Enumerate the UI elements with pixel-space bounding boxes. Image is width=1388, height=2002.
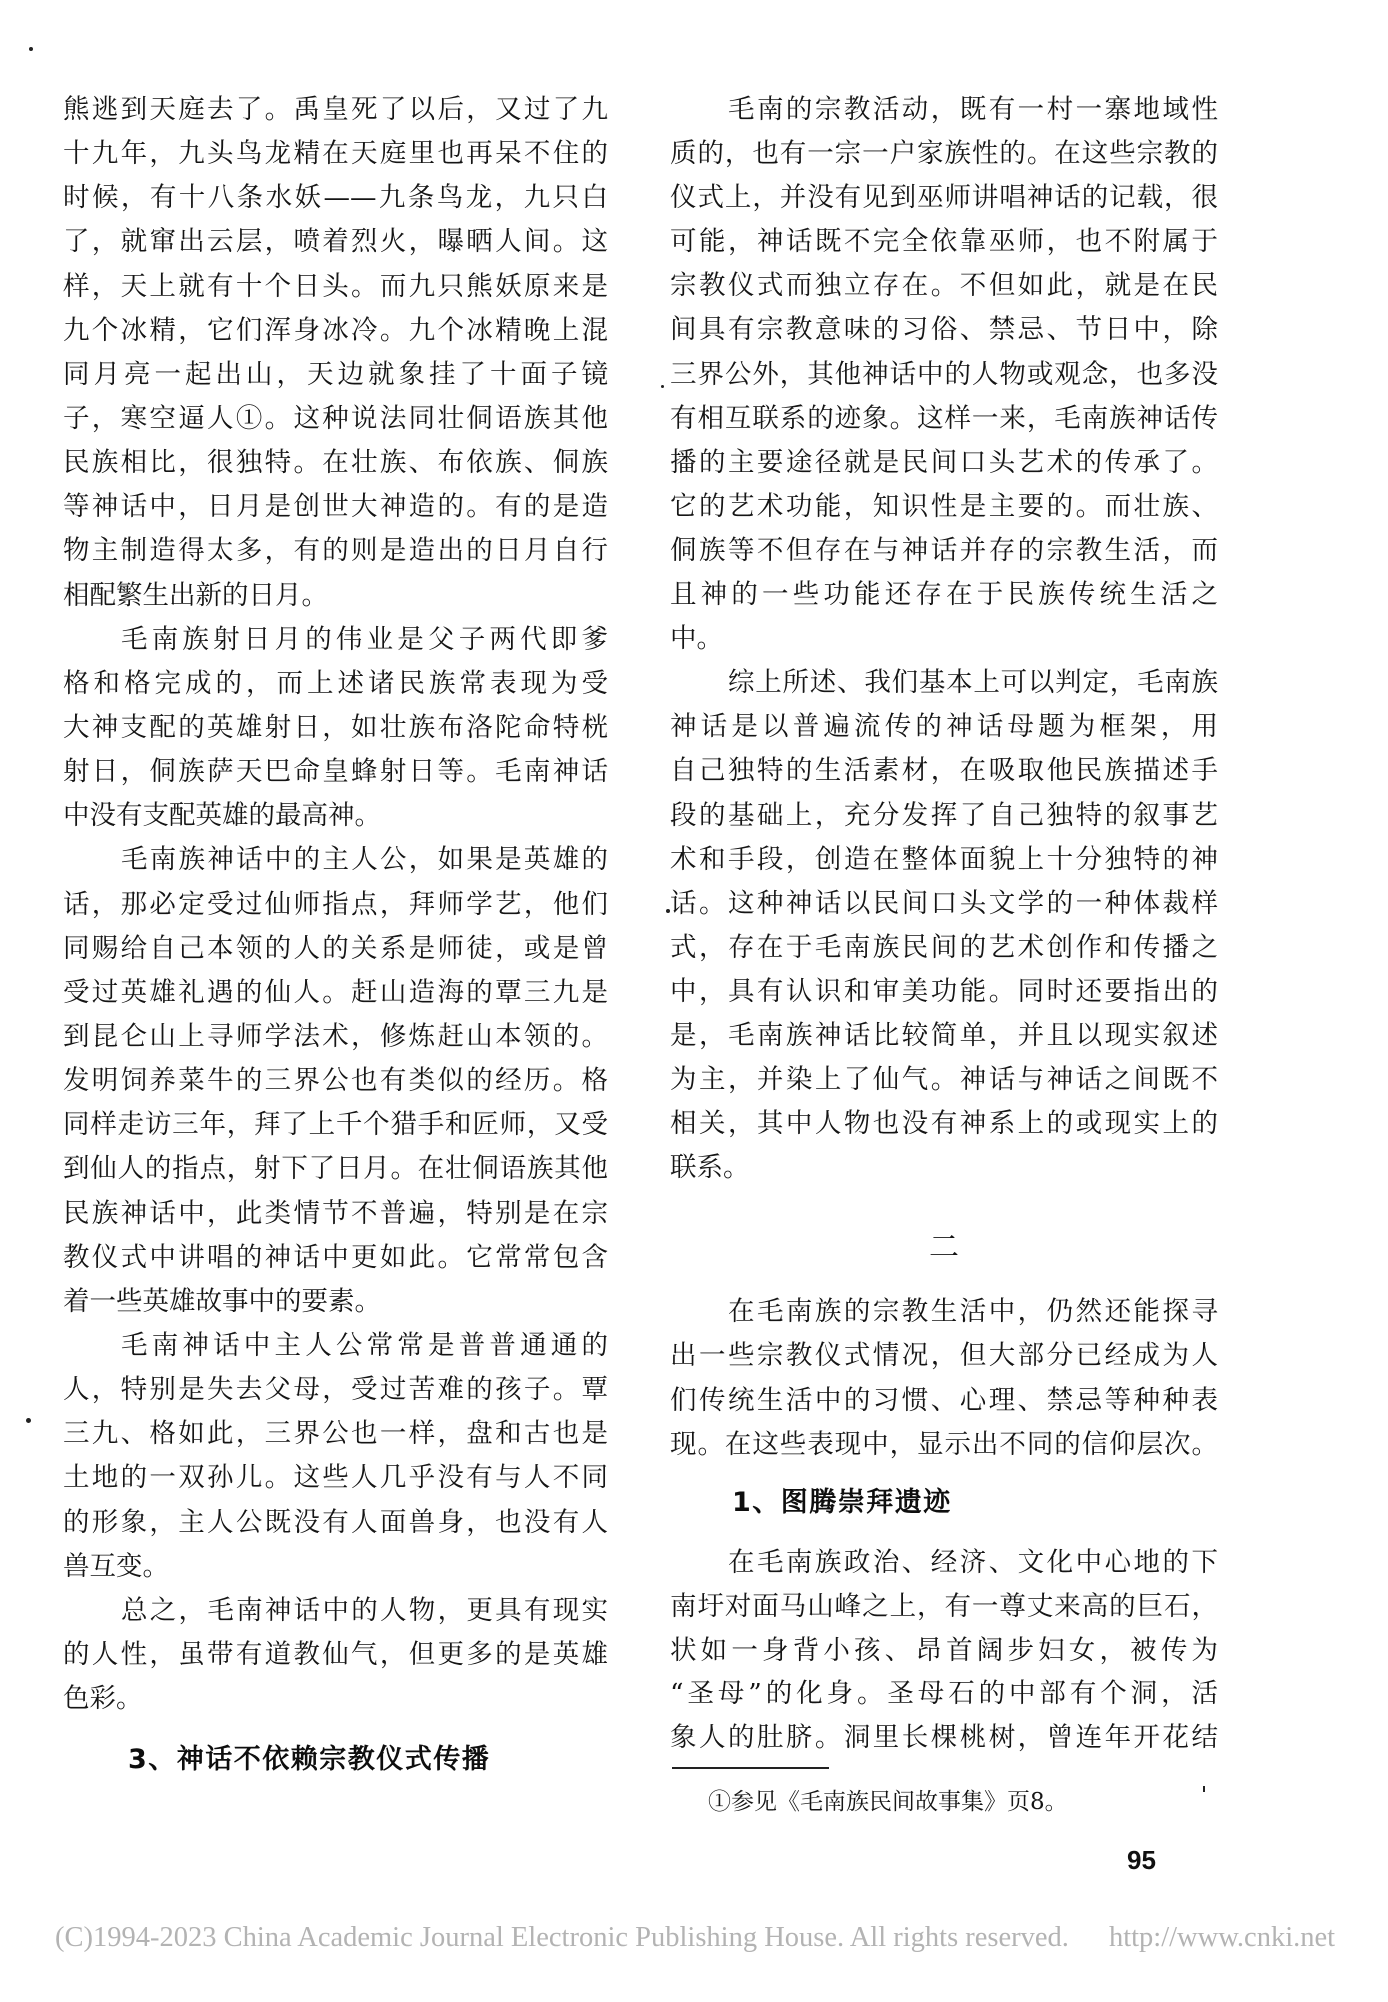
paragraph: 在毛南族的宗教生活中，仍然还能探寻 出一些宗教仪式情况，但大部分已经成为人 们传… — [670, 1290, 1218, 1467]
left-column: 熊逃到天庭去了。禹皇死了以后，又过了九 十九年，九头鸟龙精在天庭里也再呆不住的 … — [63, 88, 608, 1721]
section-number: 二 — [670, 1226, 1218, 1270]
text-line: 宗教仪式而独立存在。不但如此，就是在民 — [670, 264, 1218, 308]
section-heading: 3、神话不依赖宗教仪式传播 — [128, 1738, 490, 1782]
text-line: 间具有宗教意味的习俗、禁忌、节日中，除 — [670, 308, 1218, 352]
copyright-watermark: (C)1994-2023 China Academic Journal Elec… — [55, 1921, 1335, 1955]
text-line: 民族神话中，此类情节不普遍，特别是在宗 — [63, 1192, 608, 1236]
text-line: 神话是以普遍流传的神话母题为框架，用 — [670, 705, 1218, 749]
text-line: 色彩。 — [63, 1677, 608, 1721]
text-line: 同样走访三年，拜了上千个猎手和匠师，又受 — [63, 1103, 608, 1147]
text-line: 在毛南族的宗教生活中，仍然还能探寻 — [670, 1290, 1218, 1334]
text-line: 土地的一双孙儿。这些人几乎没有与人不同 — [63, 1456, 608, 1500]
text-line: 中没有支配英雄的最高神。 — [63, 794, 608, 838]
cnki-url: http://www.cnki.net — [1109, 1922, 1335, 1953]
text-line: 的形象，主人公既没有人面兽身，也没有人 — [63, 1501, 608, 1545]
scan-speck — [26, 1418, 31, 1423]
text-line: 毛南神话中主人公常常是普普通通的 — [63, 1324, 608, 1368]
text-line: 中，具有认识和审美功能。同时还要指出的 — [670, 970, 1218, 1014]
text-line: 同月亮一起出山，天边就象挂了十面子镜 — [63, 353, 608, 397]
text-line: 了，就窜出云层，喷着烈火，曝晒人间。这 — [63, 220, 608, 264]
text-line: 们传统生活中的习惯、心理、禁忌等种种表 — [670, 1379, 1218, 1423]
text-line: 格和格完成的，而上述诸民族常表现为受 — [63, 662, 608, 706]
paragraph: 在毛南族政治、经济、文化中心地的下 南圩对面马山峰之上，有一尊丈来高的巨石， 状… — [670, 1541, 1218, 1760]
text-line: 熊逃到天庭去了。禹皇死了以后，又过了九 — [63, 88, 608, 132]
right-column-bottom: 在毛南族政治、经济、文化中心地的下 南圩对面马山峰之上，有一尊丈来高的巨石， 状… — [670, 1541, 1218, 1760]
text-line: 术和手段，创造在整体面貌上十分独特的神 — [670, 838, 1218, 882]
text-line: 象人的肚脐。洞里长棵桃树，曾连年开花结 — [670, 1716, 1218, 1760]
text-line: 人，特别是失去父母，受过苦难的孩子。覃 — [63, 1368, 608, 1412]
text-line: 毛南族神话中的主人公，如果是英雄的 — [63, 838, 608, 882]
text-line: 九个冰精，它们浑身冰冷。九个冰精晚上混 — [63, 309, 608, 353]
text-line: 综上所述、我们基本上可以判定，毛南族 — [670, 661, 1218, 705]
text-line: 联系。 — [670, 1146, 1218, 1190]
text-line: 到昆仑山上寻师学法术，修炼赶山本领的。 — [63, 1015, 608, 1059]
text-line: 有相互联系的迹象。这样一来，毛南族神话传 — [670, 397, 1218, 441]
text-line: 相关，其中人物也没有神系上的或现实上的 — [670, 1102, 1218, 1146]
paragraph: 毛南神话中主人公常常是普普通通的 人，特别是失去父母，受过苦难的孩子。覃 三九、… — [63, 1324, 608, 1589]
scan-speck — [29, 47, 33, 51]
text-line: 现。在这些表现中，显示出不同的信仰层次。 — [670, 1423, 1218, 1467]
text-line: 三九、格如此，三界公也一样，盘和古也是 — [63, 1412, 608, 1456]
text-line: “圣母”的化身。圣母石的中部有个洞，活 — [670, 1672, 1218, 1716]
text-line: 出一些宗教仪式情况，但大部分已经成为人 — [670, 1334, 1218, 1378]
paragraph: 熊逃到天庭去了。禹皇死了以后，又过了九 十九年，九头鸟龙精在天庭里也再呆不住的 … — [63, 88, 608, 618]
scan-speck — [661, 385, 664, 388]
right-column-top: 毛南的宗教活动，既有一村一寨地域性 质的，也有一宗一户家族性的。在这些宗教的 仪… — [670, 88, 1218, 1190]
copyright-notice: (C)1994-2023 China Academic Journal Elec… — [55, 1922, 1069, 1953]
text-line: 式，存在于毛南族民间的艺术创作和传播之 — [670, 926, 1218, 970]
text-line: 为主，并染上了仙气。神话与神话之间既不 — [670, 1058, 1218, 1102]
text-line: 话。这种神话以民间口头文学的一种体裁样 — [670, 882, 1218, 926]
text-line: 侗族等不但存在与神话并存的宗教生活，而 — [670, 529, 1218, 573]
footnote-divider — [672, 1767, 829, 1769]
text-line: 中。 — [670, 617, 1218, 661]
footnote: ①参见《毛南族民间故事集》页8。 — [708, 1787, 1068, 1817]
text-line: 十九年，九头鸟龙精在天庭里也再呆不住的 — [63, 132, 608, 176]
paragraph: 总之，毛南神话中的人物，更具有现实 的人性，虽带有道教仙气，但更多的是英雄 色彩… — [63, 1589, 608, 1721]
text-line: 兽互变。 — [63, 1545, 608, 1589]
text-line: 子，寒空逼人①。这种说法同壮侗语族其他 — [63, 397, 608, 441]
text-line: 且神的一些功能还存在于民族传统生活之 — [670, 573, 1218, 617]
text-line: 受过英雄礼遇的仙人。赶山造海的覃三九是 — [63, 971, 608, 1015]
text-line: 样，天上就有十个日头。而九只熊妖原来是 — [63, 265, 608, 309]
text-line: 同赐给自己本领的人的关系是师徒，或是曾 — [63, 927, 608, 971]
text-line: 是，毛南族神话比较简单，并且以现实叙述 — [670, 1014, 1218, 1058]
text-line: 到仙人的指点，射下了日月。在壮侗语族其他 — [63, 1147, 608, 1191]
text-line: 南圩对面马山峰之上，有一尊丈来高的巨石， — [670, 1585, 1218, 1629]
text-line: 教仪式中讲唱的神话中更如此。它常常包含 — [63, 1236, 608, 1280]
text-line: 相配繁生出新的日月。 — [63, 574, 608, 618]
text-line: 在毛南族政治、经济、文化中心地的下 — [670, 1541, 1218, 1585]
text-line: 段的基础上，充分发挥了自己独特的叙事艺 — [670, 794, 1218, 838]
paragraph: 综上所述、我们基本上可以判定，毛南族 神话是以普遍流传的神话母题为框架，用 自己… — [670, 661, 1218, 1190]
text-line: 发明饲养菜牛的三界公也有类似的经历。格 — [63, 1059, 608, 1103]
text-line: 仪式上，并没有见到巫师讲唱神话的记载，很 — [670, 176, 1218, 220]
text-line: 可能，神话既不完全依靠巫师，也不附属于 — [670, 220, 1218, 264]
text-line: 话，那必定受过仙师指点，拜师学艺，他们 — [63, 883, 608, 927]
text-line: 大神支配的英雄射日，如壮族布洛陀命特桄 — [63, 706, 608, 750]
text-line: 物主制造得太多，有的则是造出的日月自行 — [63, 529, 608, 573]
text-line: 总之，毛南神话中的人物，更具有现实 — [63, 1589, 608, 1633]
text-line: 播的主要途径就是民间口头艺术的传承了。 — [670, 441, 1218, 485]
text-line: 时候，有十八条水妖——九条鸟龙，九只白 — [63, 176, 608, 220]
text-line: 的人性，虽带有道教仙气，但更多的是英雄 — [63, 1633, 608, 1677]
text-line: 三界公外，其他神话中的人物或观念，也多没 — [670, 353, 1218, 397]
section-heading: 1、图腾崇拜遗迹 — [732, 1481, 952, 1525]
paragraph: 毛南的宗教活动，既有一村一寨地域性 质的，也有一宗一户家族性的。在这些宗教的 仪… — [670, 88, 1218, 661]
scan-speck — [1203, 1786, 1205, 1792]
right-column-middle: 在毛南族的宗教生活中，仍然还能探寻 出一些宗教仪式情况，但大部分已经成为人 们传… — [670, 1290, 1218, 1467]
text-line: 毛南族射日月的伟业是父子两代即爹 — [63, 618, 608, 662]
text-line: 它的艺术功能，知识性是主要的。而壮族、 — [670, 485, 1218, 529]
text-line: 质的，也有一宗一户家族性的。在这些宗教的 — [670, 132, 1218, 176]
paragraph: 毛南族射日月的伟业是父子两代即爹 格和格完成的，而上述诸民族常表现为受 大神支配… — [63, 618, 608, 839]
text-line: 自己独特的生活素材，在吸取他民族描述手 — [670, 749, 1218, 793]
page-number: 95 — [1127, 1845, 1156, 1875]
text-line: 状如一身背小孩、昂首阔步妇女，被传为 — [670, 1629, 1218, 1673]
text-line: 民族相比，很独特。在壮族、布依族、侗族 — [63, 441, 608, 485]
text-line: 射日，侗族萨天巴命皇蜂射日等。毛南神话 — [63, 750, 608, 794]
paragraph: 毛南族神话中的主人公，如果是英雄的 话，那必定受过仙师指点，拜师学艺，他们 同赐… — [63, 838, 608, 1324]
text-line: 毛南的宗教活动，既有一村一寨地域性 — [670, 88, 1218, 132]
text-line: 等神话中，日月是创世大神造的。有的是造 — [63, 485, 608, 529]
text-line: 着一些英雄故事中的要素。 — [63, 1280, 608, 1324]
